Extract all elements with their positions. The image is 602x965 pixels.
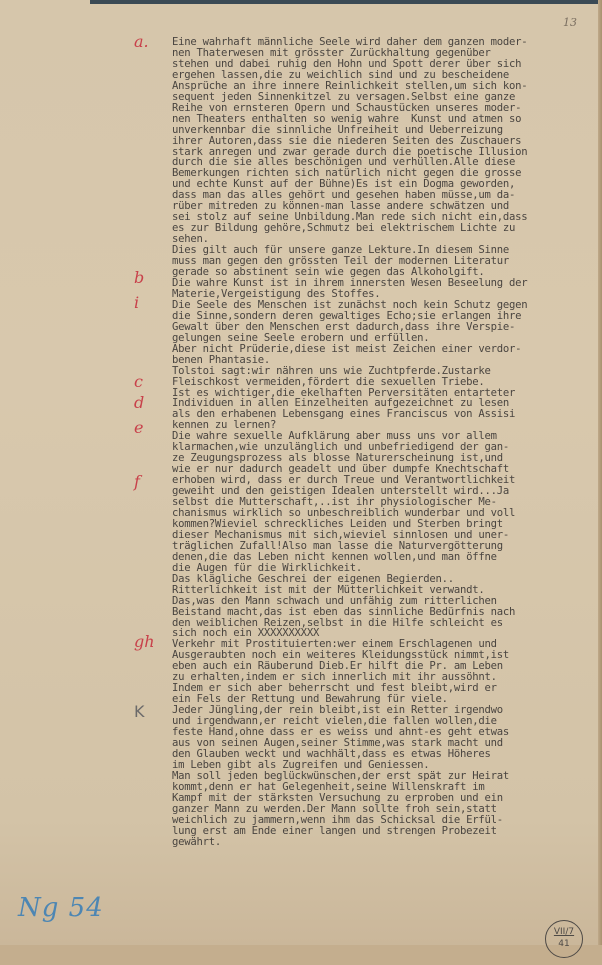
margin-mark: e [134,418,143,437]
text-line: unverkennbar die sinnliche Unfreiheit un… [172,125,592,136]
text-line: Fleischkost vermeiden,fördert die sexuel… [172,377,592,388]
text-line: ihrer Autoren,dass sie die niederen Seit… [172,136,592,147]
text-line: gewährt. [172,837,592,848]
margin-mark: b [134,268,144,287]
text-line: benen Phantasie. [172,355,592,366]
margin-mark: K [134,702,145,721]
archive-handwritten-note: Ng 54 [18,893,104,923]
text-line: Ritterlichkeit ist mit der Mütterlichkei… [172,585,592,596]
scan-bottom-edge [0,945,602,965]
text-line: Beistand macht,das ist eben das sinnlich… [172,607,592,618]
margin-mark: gh [134,632,155,651]
text-line: Das,was den Mann schwach und unfähig zum… [172,596,592,607]
margin-mark: a. [134,32,149,51]
typewritten-body: Eine wahrhaft männliche Seele wird daher… [172,37,592,848]
text-line: Aber nicht Prüderie,diese ist meist Zeic… [172,344,592,355]
page-number: 13 [563,16,577,29]
text-line: nen Theaters enthalten so wenig wahre Ku… [172,114,592,125]
text-line: Tolstoi sagt:wir nähren uns wie Zuchtpfe… [172,366,592,377]
margin-mark: c [134,372,143,391]
scan-top-edge [90,0,602,4]
text-line: lung erst am Ende einer langen und stren… [172,826,592,837]
margin-mark: i [134,293,139,312]
stamp-top: VII/7 [546,926,582,938]
document-page: 13 a.bicdefghK Eine wahrhaft männliche S… [0,0,602,965]
archive-stamp: VII/7 41 [545,920,583,958]
stamp-bottom: 41 [558,939,569,949]
text-line: Das klägliche Geschrei der eigenen Begie… [172,574,592,585]
margin-mark: d [134,393,144,412]
text-line: weichlich zu jammern,wenn ihm das Schick… [172,815,592,826]
scan-right-edge [598,0,602,965]
text-line: es zur Bildung gehöre,Schmutz bei elektr… [172,223,592,234]
margin-mark: f [134,472,140,491]
